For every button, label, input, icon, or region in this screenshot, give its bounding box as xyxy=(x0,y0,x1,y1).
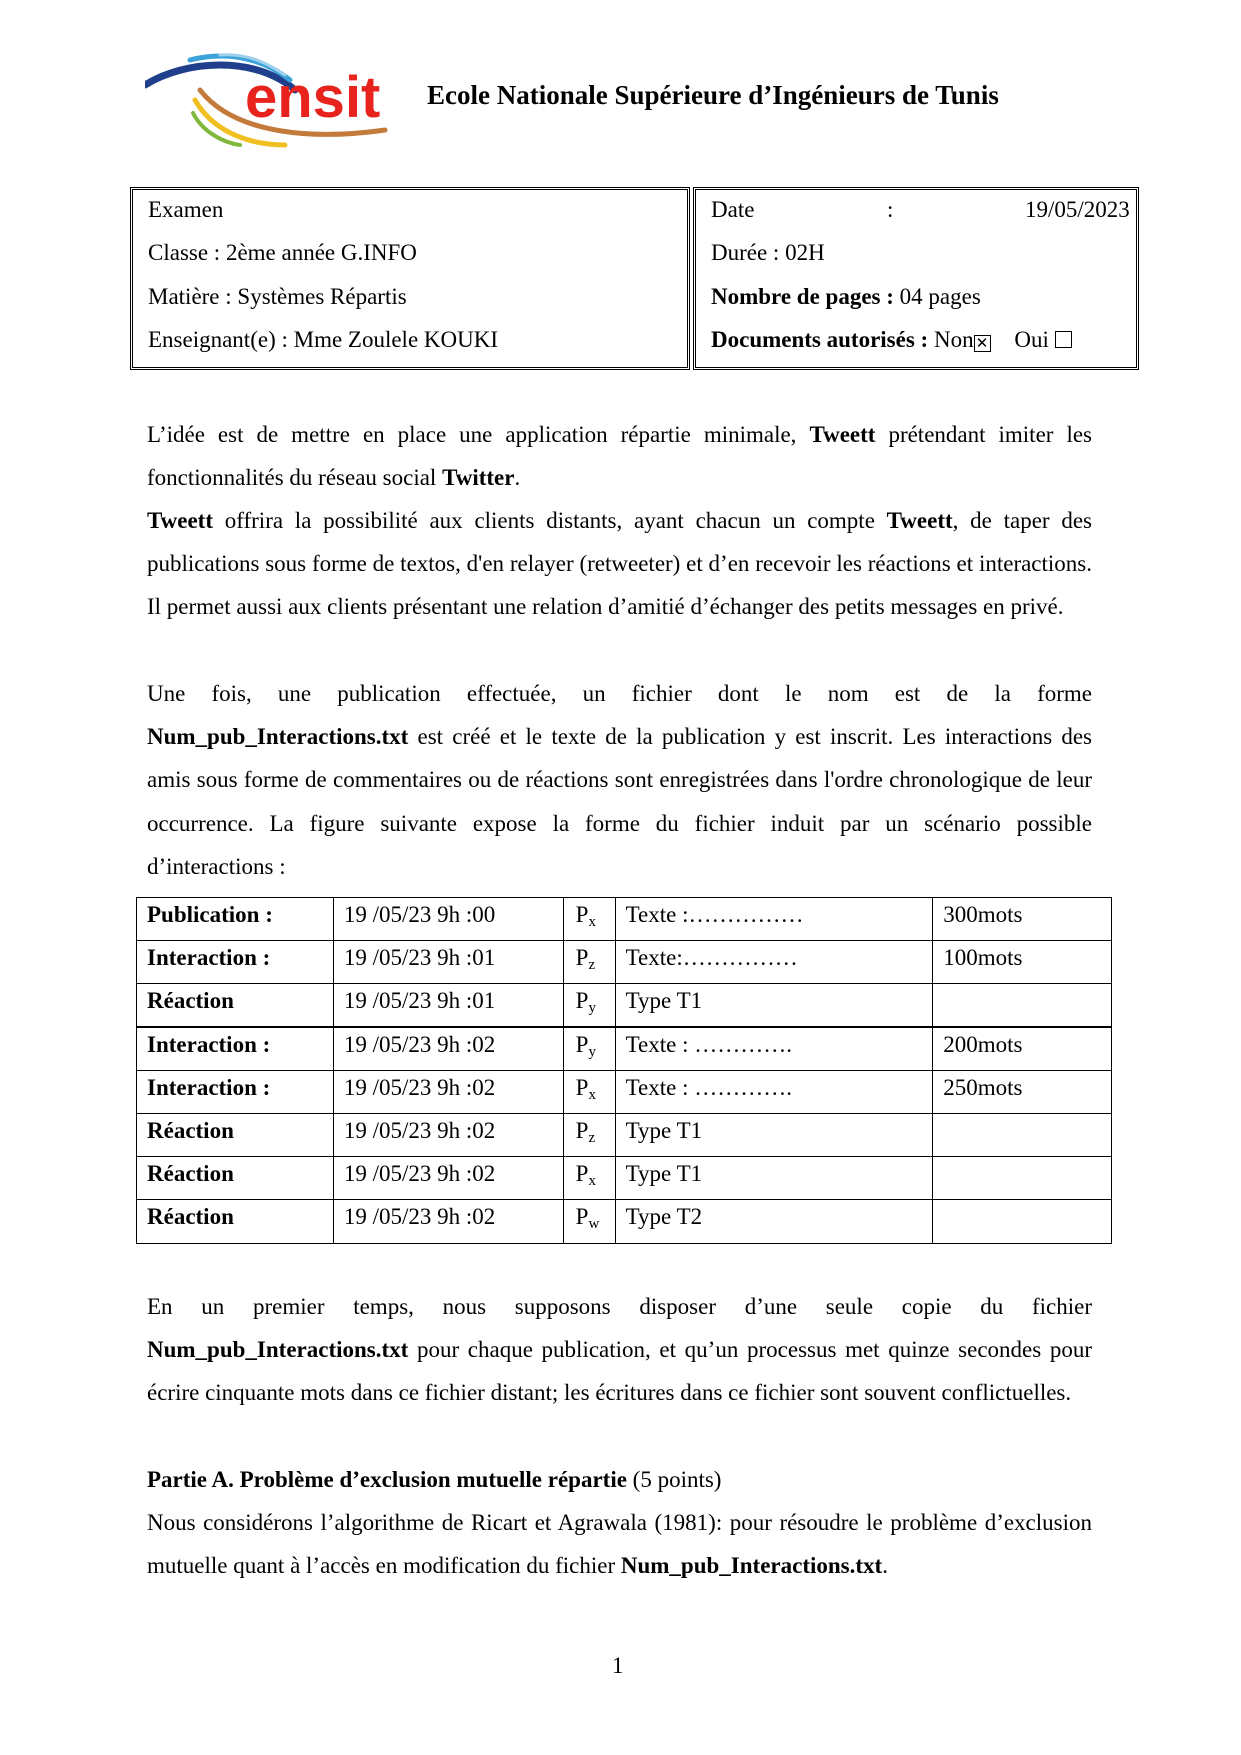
ensit-logo: ensit xyxy=(145,45,410,155)
text: Nous considérons l’algorithme de Ricart … xyxy=(147,1510,1092,1578)
section-points: (5 points) xyxy=(627,1467,722,1492)
process-letter: P xyxy=(576,902,589,927)
process-letter: P xyxy=(576,945,589,970)
class-label: Classe : 2ème année G.INFO xyxy=(148,240,417,266)
documents-non-label: Non xyxy=(928,327,973,352)
event-timestamp: 19 /05/23 9h :02 xyxy=(333,1157,563,1200)
text: . xyxy=(514,465,520,490)
event-timestamp: 19 /05/23 9h :01 xyxy=(333,941,563,984)
section-title: Partie A. Problème d’exclusion mutuelle … xyxy=(147,1467,627,1492)
table-row: Interaction :19 /05/23 9h :01PzTexte:………… xyxy=(137,941,1112,984)
process-letter: P xyxy=(576,1032,589,1057)
text: L’idée est de mettre en place une applic… xyxy=(147,422,809,447)
process-subscript: y xyxy=(588,1044,596,1060)
event-content: Texte : …………. xyxy=(615,1070,933,1113)
process-letter: P xyxy=(576,1075,589,1100)
twitter-name: Twitter xyxy=(442,465,514,490)
process-subscript: z xyxy=(588,1130,595,1146)
event-kind: Interaction : xyxy=(137,941,334,984)
event-timestamp: 19 /05/23 9h :02 xyxy=(333,1200,563,1243)
date-label: Date xyxy=(711,197,754,222)
checkbox-oui-empty-icon xyxy=(1055,331,1072,348)
event-content: Type T1 xyxy=(615,1157,933,1200)
table-row: Réaction19 /05/23 9h :02PzType T1 xyxy=(137,1113,1112,1156)
paragraph-algorithm: Nous considérons l’algorithme de Ricart … xyxy=(147,1501,1092,1587)
table-row: Réaction19 /05/23 9h :02PxType T1 xyxy=(137,1157,1112,1200)
event-content: Texte :…………… xyxy=(615,898,933,941)
process-subscript: z xyxy=(588,957,595,973)
paragraph-assumption: En un premier temps, nous supposons disp… xyxy=(147,1285,1092,1415)
text: Une fois, une publication effectuée, un … xyxy=(147,681,1092,706)
process-subscript: w xyxy=(588,1216,599,1232)
event-kind: Interaction : xyxy=(137,1027,334,1070)
event-size xyxy=(933,984,1112,1027)
date-line: Date : 19/05/2023 xyxy=(711,197,1126,223)
event-process: Py xyxy=(563,1027,615,1070)
exam-info-box: Examen Classe : 2ème année G.INFO Matièr… xyxy=(130,187,690,370)
process-letter: P xyxy=(576,1161,589,1186)
process-subscript: x xyxy=(588,1087,596,1103)
event-process: Px xyxy=(563,1157,615,1200)
text: En un premier temps, nous supposons disp… xyxy=(147,1294,1092,1319)
event-process: Pz xyxy=(563,941,615,984)
app-name: Tweett xyxy=(887,508,953,533)
event-timestamp: 19 /05/23 9h :02 xyxy=(333,1070,563,1113)
event-timestamp: 19 /05/23 9h :02 xyxy=(333,1113,563,1156)
duration-label: Durée : 02H xyxy=(711,240,825,266)
event-kind: Publication : xyxy=(137,898,334,941)
text: offrira la possibilité aux clients dista… xyxy=(213,508,887,533)
section-heading: Partie A. Problème d’exclusion mutuelle … xyxy=(147,1458,1092,1501)
event-size: 200mots xyxy=(933,1027,1112,1070)
pages-label: Nombre de pages : xyxy=(711,284,894,309)
table-row: Interaction :19 /05/23 9h :02PyTexte : …… xyxy=(137,1027,1112,1070)
documents-oui-label: Oui xyxy=(1014,327,1054,352)
file-name: Num_pub_Interactions.txt xyxy=(147,724,408,749)
date-colon: : xyxy=(887,197,893,223)
svg-text:ensit: ensit xyxy=(245,65,380,130)
file-name: Num_pub_Interactions.txt xyxy=(147,1337,408,1362)
event-process: Pw xyxy=(563,1200,615,1243)
event-kind: Réaction xyxy=(137,1157,334,1200)
table-row: Réaction19 /05/23 9h :02PwType T2 xyxy=(137,1200,1112,1243)
event-process: Px xyxy=(563,1070,615,1113)
event-content: Texte : …………. xyxy=(615,1027,933,1070)
paragraph-intro: L’idée est de mettre en place une applic… xyxy=(147,413,1092,499)
table-row: Réaction19 /05/23 9h :01PyType T1 xyxy=(137,984,1112,1027)
event-timestamp: 19 /05/23 9h :00 xyxy=(333,898,563,941)
process-subscript: x xyxy=(588,1173,596,1189)
event-size: 100mots xyxy=(933,941,1112,984)
event-kind: Réaction xyxy=(137,1113,334,1156)
process-subscript: y xyxy=(588,1000,596,1016)
event-content: Type T1 xyxy=(615,1113,933,1156)
interactions-table: Publication :19 /05/23 9h :00PxTexte :……… xyxy=(136,897,1112,1244)
teacher-label: Enseignant(e) : Mme Zoulele KOUKI xyxy=(148,327,498,353)
event-size xyxy=(933,1200,1112,1243)
event-process: Px xyxy=(563,898,615,941)
documents-line: Documents autorisés : Non✕ Oui xyxy=(711,327,1072,353)
paragraph-file-format: Une fois, une publication effectuée, un … xyxy=(147,672,1092,888)
process-letter: P xyxy=(576,1204,589,1229)
exam-details-box: Date : 19/05/2023 Durée : 02H Nombre de … xyxy=(693,187,1139,370)
subject-label: Matière : Systèmes Répartis xyxy=(148,284,407,310)
event-size: 300mots xyxy=(933,898,1112,941)
file-name: Num_pub_Interactions.txt xyxy=(621,1553,882,1578)
event-size xyxy=(933,1157,1112,1200)
date-value: 19/05/2023 xyxy=(1025,197,1130,223)
process-letter: P xyxy=(576,988,589,1013)
event-timestamp: 19 /05/23 9h :02 xyxy=(333,1027,563,1070)
event-timestamp: 19 /05/23 9h :01 xyxy=(333,984,563,1027)
event-process: Py xyxy=(563,984,615,1027)
event-size: 250mots xyxy=(933,1070,1112,1113)
event-content: Texte:…………… xyxy=(615,941,933,984)
app-name: Tweett xyxy=(809,422,875,447)
pages-line: Nombre de pages : 04 pages xyxy=(711,284,981,310)
event-process: Pz xyxy=(563,1113,615,1156)
table-row: Interaction :19 /05/23 9h :02PxTexte : …… xyxy=(137,1070,1112,1113)
documents-label: Documents autorisés : xyxy=(711,327,928,352)
event-content: Type T2 xyxy=(615,1200,933,1243)
app-name: Tweett xyxy=(147,508,213,533)
event-content: Type T1 xyxy=(615,984,933,1027)
process-letter: P xyxy=(576,1118,589,1143)
paragraph-features: Tweett offrira la possibilité aux client… xyxy=(147,499,1092,629)
pages-value: 04 pages xyxy=(894,284,981,309)
text: . xyxy=(882,1553,888,1578)
event-kind: Interaction : xyxy=(137,1070,334,1113)
table-row: Publication :19 /05/23 9h :00PxTexte :……… xyxy=(137,898,1112,941)
event-kind: Réaction xyxy=(137,1200,334,1243)
checkbox-non-checked-icon: ✕ xyxy=(974,335,991,352)
event-size xyxy=(933,1113,1112,1156)
process-subscript: x xyxy=(588,914,596,930)
school-name: Ecole Nationale Supérieure d’Ingénieurs … xyxy=(427,80,999,111)
event-kind: Réaction xyxy=(137,984,334,1027)
page-number: 1 xyxy=(612,1653,624,1679)
exam-type: Examen xyxy=(148,197,223,223)
